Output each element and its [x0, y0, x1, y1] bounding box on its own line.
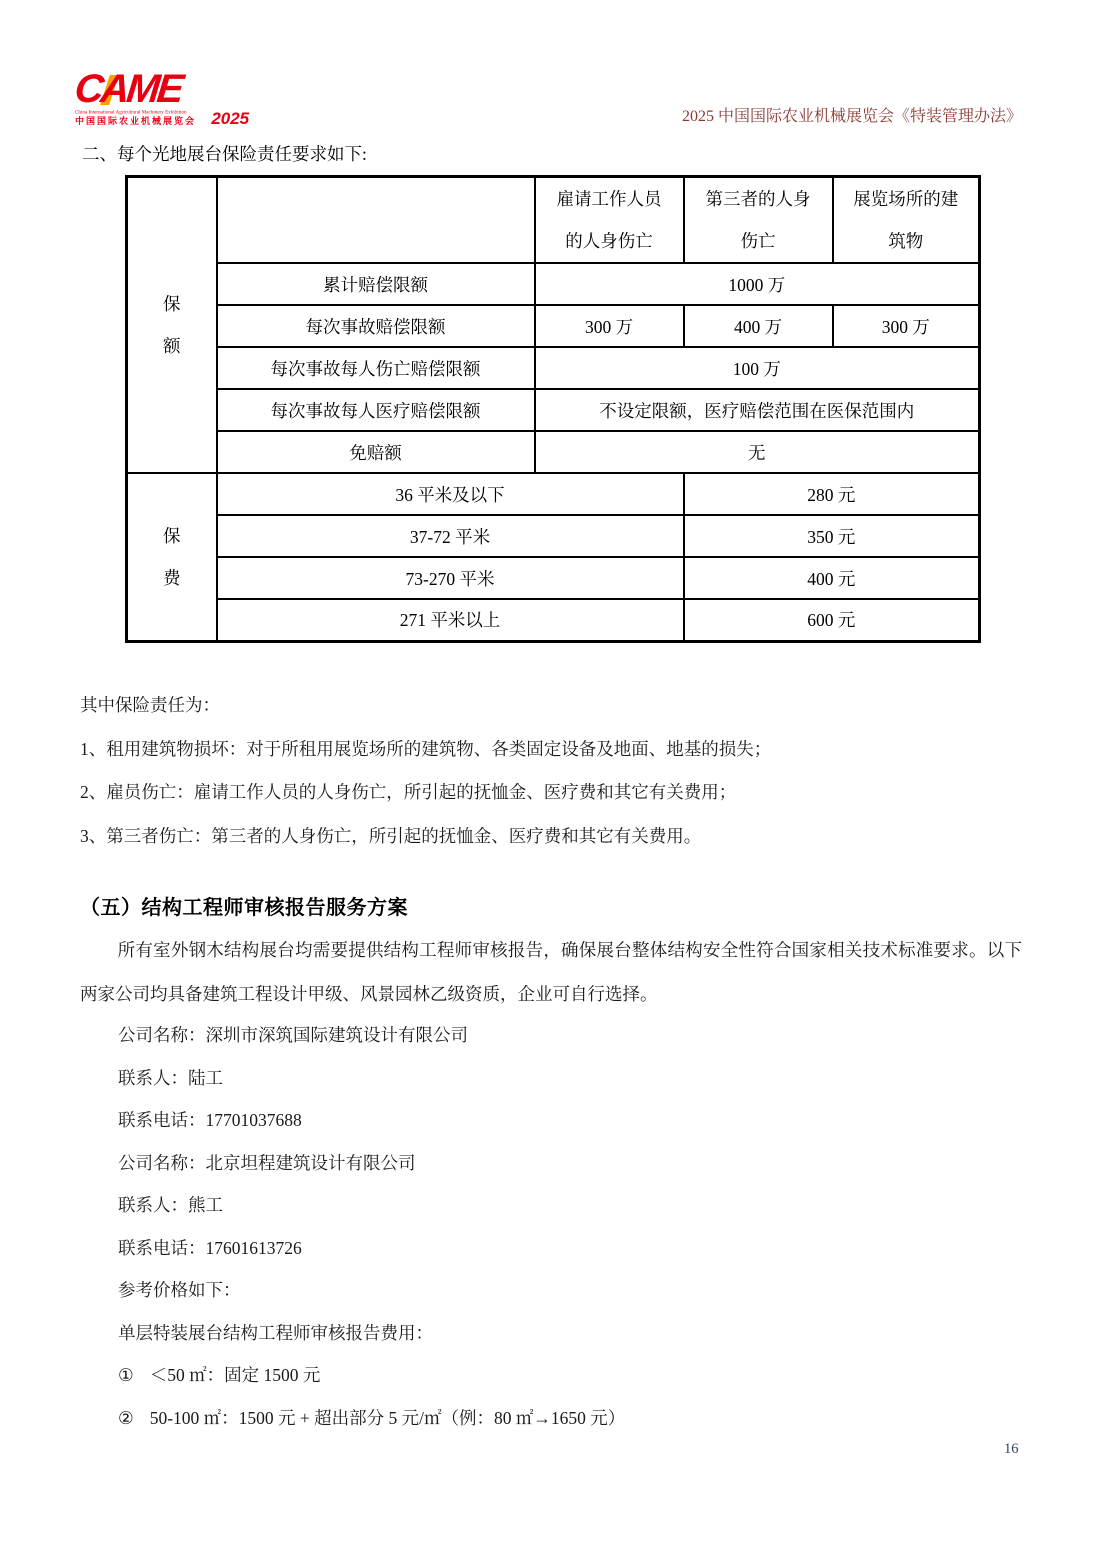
- col-header-venue-building: 展览场所的建 筑物: [833, 177, 980, 264]
- row-label: 每次事故赔偿限额: [217, 305, 535, 347]
- price-item-text: 50-100 ㎡：1500 元 + 超出部分 5 元/㎡（例：80 ㎡→1650…: [150, 1408, 626, 1428]
- page-header: CAME China International Agricultural Ma…: [75, 72, 1022, 127]
- price-item: ②50-100 ㎡：1500 元 + 超出部分 5 元/㎡（例：80 ㎡→165…: [80, 1397, 1024, 1440]
- liability-item: 1、租用建筑物损坏：对于所租用展览场所的建筑物、各类固定设备及地面、地基的损失；: [80, 728, 1024, 772]
- row-value: 300 万: [833, 305, 980, 347]
- section5-heading: （五）结构工程师审核报告服务方案: [80, 891, 408, 920]
- table-row: 37-72 平米 350 元: [127, 515, 980, 557]
- row-label: 累计赔偿限额: [217, 263, 535, 305]
- company-contact: 联系人：熊工: [80, 1184, 1024, 1227]
- row-group-premium: 保 费: [127, 473, 217, 641]
- premium-price: 280 元: [684, 473, 980, 515]
- price-category: 单层特装展台结构工程师审核报告费用：: [80, 1312, 1024, 1355]
- insurance-table: 保 额 雇请工作人员 的人身伤亡 第三者的人身 伤亡 展览场所的建 筑物 累计赔…: [125, 175, 981, 643]
- price-item-number: ②: [118, 1397, 134, 1440]
- table-row: 271 平米以上 600 元: [127, 599, 980, 641]
- company-name: 公司名称：深圳市深筑国际建筑设计有限公司: [80, 1014, 1024, 1057]
- col-header-employee-injury: 雇请工作人员 的人身伤亡: [535, 177, 684, 264]
- premium-price: 350 元: [684, 515, 980, 557]
- row-group-insured-amount: 保 额: [127, 177, 217, 474]
- premium-size-label: 73-270 平米: [217, 557, 684, 599]
- company-contact: 联系人：陆工: [80, 1057, 1024, 1100]
- col-header-third-party-injury: 第三者的人身 伤亡: [684, 177, 833, 264]
- logo-caption-chinese: 中国国际农业机械展览会: [75, 116, 206, 127]
- row-value: 400 万: [684, 305, 833, 347]
- row-value: 100 万: [535, 347, 980, 389]
- logo-year: 2025: [211, 110, 249, 127]
- premium-size-label: 37-72 平米: [217, 515, 684, 557]
- liability-intro: 其中保险责任为：: [80, 684, 1024, 728]
- price-item: ①＜50 ㎡：固定 1500 元: [80, 1354, 1024, 1397]
- row-label: 每次事故每人医疗赔偿限额: [217, 389, 535, 431]
- section5-details: 公司名称：深圳市深筑国际建筑设计有限公司 联系人：陆工 联系电话：1770103…: [80, 1014, 1024, 1439]
- page-number: 16: [1004, 1441, 1019, 1458]
- table-corner-cell: [217, 177, 535, 264]
- section5-intro-paragraph: 所有室外钢木结构展台均需要提供结构工程师审核报告，确保展台整体结构安全性符合国家…: [80, 929, 1022, 1016]
- liability-notes: 其中保险责任为： 1、租用建筑物损坏：对于所租用展览场所的建筑物、各类固定设备及…: [80, 684, 1024, 858]
- company-name: 公司名称：北京坦程建筑设计有限公司: [80, 1142, 1024, 1185]
- row-value: 1000 万: [535, 263, 980, 305]
- table-row: 每次事故每人医疗赔偿限额 不设定限额，医疗赔偿范围在医保范围内: [127, 389, 980, 431]
- logo-caption: China International Agricultural Machine…: [75, 109, 206, 127]
- row-value: 不设定限额，医疗赔偿范围在医保范围内: [535, 389, 980, 431]
- table-header-row: 保 额 雇请工作人员 的人身伤亡 第三者的人身 伤亡 展览场所的建 筑物: [127, 177, 980, 264]
- company-phone: 联系电话：17601613726: [80, 1227, 1024, 1270]
- premium-price: 600 元: [684, 599, 980, 641]
- company-phone: 联系电话：17701037688: [80, 1099, 1024, 1142]
- row-value: 300 万: [535, 305, 684, 347]
- table-row: 累计赔偿限额 1000 万: [127, 263, 980, 305]
- price-intro: 参考价格如下：: [80, 1269, 1024, 1312]
- price-item-number: ①: [118, 1354, 134, 1397]
- row-label: 每次事故每人伤亡赔偿限额: [217, 347, 535, 389]
- table-row: 每次事故赔偿限额 300 万 400 万 300 万: [127, 305, 980, 347]
- table-row: 73-270 平米 400 元: [127, 557, 980, 599]
- row-value: 无: [535, 431, 980, 473]
- document-page: CAME China International Agricultural Ma…: [0, 0, 1102, 1559]
- logo-wordmark: CAME: [73, 72, 182, 106]
- document-title: 2025 中国国际农业机械展览会《特装管理办法》: [682, 103, 1022, 127]
- premium-size-label: 36 平米及以下: [217, 473, 684, 515]
- row-label: 免赔额: [217, 431, 535, 473]
- table-row: 免赔额 无: [127, 431, 980, 473]
- liability-item: 3、第三者伤亡：第三者的人身伤亡，所引起的抚恤金、医疗费和其它有关费用。: [80, 815, 1024, 859]
- logo-caption-row: China International Agricultural Machine…: [75, 109, 249, 127]
- price-item-text: ＜50 ㎡：固定 1500 元: [150, 1365, 321, 1385]
- table-row: 每次事故每人伤亡赔偿限额 100 万: [127, 347, 980, 389]
- section2-heading: 二、每个光地展台保险责任要求如下:: [82, 141, 367, 166]
- liability-item: 2、雇员伤亡：雇请工作人员的人身伤亡，所引起的抚恤金、医疗费和其它有关费用；: [80, 771, 1024, 815]
- premium-price: 400 元: [684, 557, 980, 599]
- table-row: 保 费 36 平米及以下 280 元: [127, 473, 980, 515]
- logo-letters-wrap: CAME: [75, 72, 249, 108]
- came-logo: CAME China International Agricultural Ma…: [75, 72, 249, 127]
- premium-size-label: 271 平米以上: [217, 599, 684, 641]
